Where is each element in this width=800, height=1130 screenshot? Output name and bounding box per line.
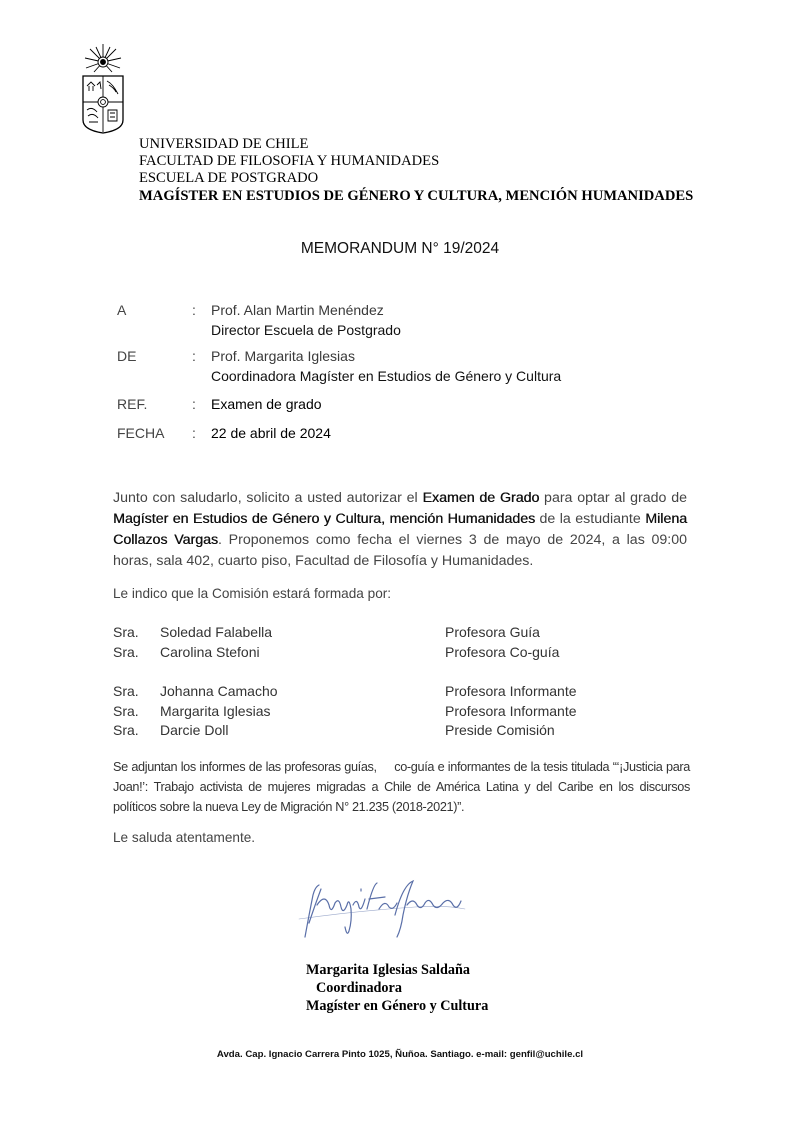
- handwritten-signature-icon: [295, 875, 475, 945]
- signatory-program: Magíster en Género y Cultura: [306, 997, 488, 1015]
- field-colon: :: [192, 394, 196, 414]
- member-name: Carolina Stefoni: [160, 642, 260, 662]
- ref-value: Examen de grado: [211, 394, 322, 414]
- field-label: DE: [117, 346, 197, 366]
- closing-salutation: Le saluda atentamente.: [113, 830, 255, 845]
- member-name: Soledad Falabella: [160, 622, 272, 642]
- field-label: A: [117, 300, 197, 320]
- field-colon: :: [192, 300, 196, 320]
- faculty-name: FACULTAD DE FILOSOFIA Y HUMANIDADES: [139, 153, 693, 170]
- exam-highlight: Examen de Grado: [422, 490, 539, 506]
- program-name: MAGÍSTER EN ESTUDIOS DE GÉNERO Y CULTURA…: [139, 188, 693, 205]
- university-crest-icon: [80, 42, 126, 134]
- sender-name: Prof. Margarita Iglesias: [211, 346, 561, 366]
- attachment-paragraph: Se adjuntan los informes de las profesor…: [113, 757, 690, 817]
- signatory-name: Margarita Iglesias Saldaña: [306, 961, 488, 979]
- recipient-name: Prof. Alan Martin Menéndez: [211, 300, 401, 320]
- member-name: Johanna Camacho: [160, 681, 278, 701]
- degree-highlight: Magíster en Estudios de Género y Cultura…: [113, 511, 535, 527]
- field-colon: :: [192, 346, 196, 366]
- member-name: Darcie Doll: [160, 720, 228, 740]
- school-name: ESCUELA DE POSTGRADO: [139, 170, 693, 187]
- memo-title: MEMORANDUM N° 19/2024: [0, 240, 800, 258]
- member-role: Profesora Guía: [445, 622, 540, 642]
- field-label: FECHA: [117, 423, 197, 443]
- sender-position: Coordinadora Magíster en Estudios de Gén…: [211, 366, 561, 386]
- footer-address: Avda. Cap. Ignacio Carrera Pinto 1025, Ñ…: [0, 1049, 800, 1060]
- signatory-position: Coordinadora: [306, 979, 488, 997]
- field-colon: :: [192, 423, 196, 443]
- member-role: Profesora Informante: [445, 701, 577, 721]
- signature-block: Margarita Iglesias Saldaña Coordinadora …: [306, 961, 488, 1015]
- member-role: Profesora Informante: [445, 681, 577, 701]
- institution-header: UNIVERSIDAD DE CHILE FACULTAD DE FILOSOF…: [139, 136, 693, 205]
- request-paragraph: Junto con saludarlo, solicito a usted au…: [113, 488, 687, 572]
- field-label: REF.: [117, 394, 197, 414]
- member-role: Profesora Co-guía: [445, 642, 559, 662]
- university-name: UNIVERSIDAD DE CHILE: [139, 136, 693, 153]
- member-name: Margarita Iglesias: [160, 701, 271, 721]
- recipient-position: Director Escuela de Postgrado: [211, 320, 401, 340]
- member-role: Preside Comisión: [445, 720, 555, 740]
- committee-intro: Le indico que la Comisión estará formada…: [113, 586, 391, 601]
- date-value: 22 de abril de 2024: [211, 423, 331, 443]
